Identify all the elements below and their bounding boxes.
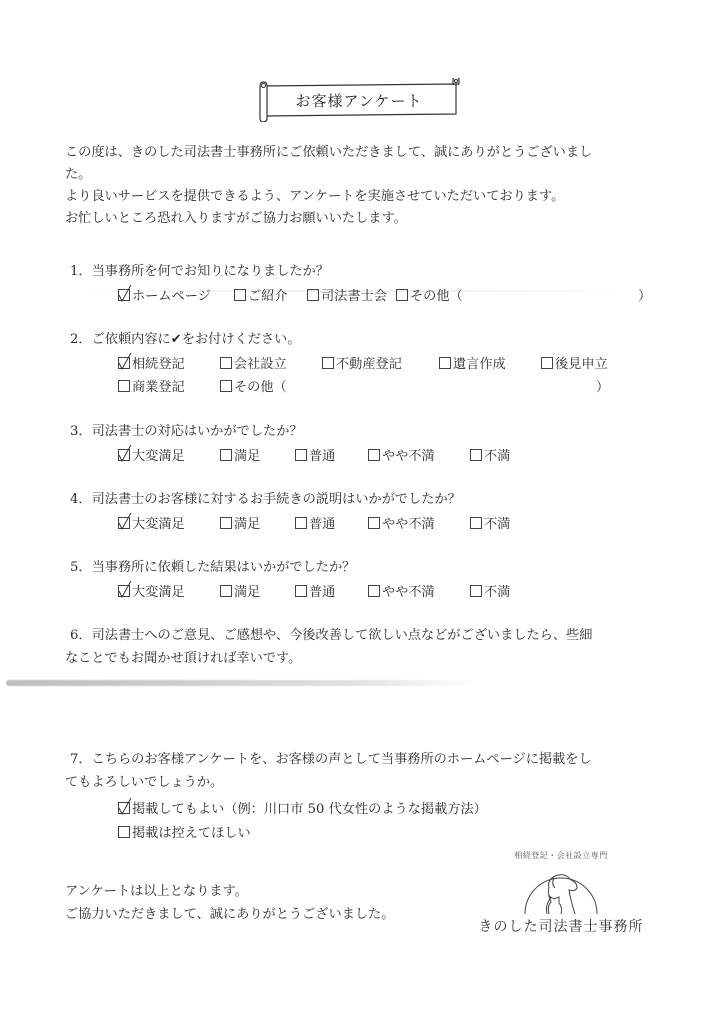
q1-option-homepage[interactable]: ホームページ [118, 285, 211, 304]
logo-office-name: きのした司法書士事務所 [476, 916, 646, 936]
option-label: その他（ [410, 289, 463, 304]
handwritten-check-icon [118, 284, 132, 302]
question-2-label: 2．ご依頼内容に✔をお付けください。 [70, 328, 300, 347]
q3-option-dissatisfied[interactable]: 不満 [470, 445, 510, 464]
q1-other-close-paren: ） [638, 285, 651, 304]
option-label: 普通 [309, 585, 335, 600]
option-label: 満足 [234, 449, 260, 464]
checkbox[interactable] [295, 449, 307, 461]
option-label: やや不満 [382, 449, 435, 464]
question-3-label: 3．司法書士の対応はいかがでしたか？ [70, 420, 303, 439]
handwritten-check-icon [118, 352, 132, 370]
q5-option-neutral[interactable]: 普通 [295, 581, 335, 600]
q2-option-commercial[interactable]: 商業登記 [118, 376, 185, 395]
checkbox-checked[interactable] [118, 585, 130, 597]
option-label: 商業登記 [132, 380, 185, 395]
checkbox[interactable] [220, 585, 232, 597]
intro-line-3: より良いサービスを提供できるよう、アンケートを実施させていただいております。 [65, 187, 564, 207]
q4-option-dissatisfied[interactable]: 不満 [470, 513, 510, 532]
option-label: 大変満足 [132, 449, 185, 464]
option-label: 後見申立 [555, 357, 608, 372]
torn-paper-edge [6, 680, 476, 686]
handwritten-check-icon [118, 580, 132, 598]
checkbox[interactable] [220, 380, 232, 392]
checkbox[interactable] [234, 289, 246, 301]
q4-option-somewhat-dissatisfied[interactable]: やや不満 [368, 513, 435, 532]
logo-tagline: 相続登記・会社設立専門 [476, 850, 646, 861]
q5-option-satisfied[interactable]: 満足 [220, 581, 260, 600]
option-label: ホームページ [132, 289, 211, 304]
checkbox[interactable] [368, 449, 380, 461]
option-label: やや不満 [382, 517, 435, 532]
question-5-label: 5．当事務所に依頼した結果はいかがでしたか？ [70, 556, 355, 575]
checkbox[interactable] [470, 585, 482, 597]
option-label: 満足 [234, 585, 260, 600]
q2-option-other[interactable]: その他（ [220, 376, 287, 395]
question-7-line-1: 7．こちらのお客様アンケートを、お客様の声として当事務所のホームページに掲載をし [70, 750, 592, 770]
q4-option-neutral[interactable]: 普通 [295, 513, 335, 532]
checkbox-checked[interactable] [118, 449, 130, 461]
q1-option-referral[interactable]: ご紹介 [234, 285, 288, 304]
question-4-label: 4．司法書士のお客様に対するお手続きの説明はいかがでしたか？ [70, 488, 461, 507]
handwritten-check-icon [118, 512, 132, 530]
page-title: お客様アンケート [256, 78, 462, 122]
option-label: 大変満足 [132, 517, 185, 532]
question-6-line-2: なことでもお聞かせ頂ければ幸いです。 [65, 649, 301, 669]
question-7-line-2: てもよろしいでしょうか。 [65, 773, 223, 793]
q3-option-satisfied[interactable]: 満足 [220, 445, 260, 464]
option-label: 大変満足 [132, 585, 185, 600]
q2-option-company[interactable]: 会社設立 [220, 353, 287, 372]
q3-option-very-satisfied[interactable]: 大変満足 [118, 445, 185, 464]
checkbox[interactable] [220, 517, 232, 529]
q5-option-dissatisfied[interactable]: 不満 [470, 581, 510, 600]
checkbox[interactable] [368, 585, 380, 597]
option-label: やや不満 [382, 585, 435, 600]
q3-option-neutral[interactable]: 普通 [295, 445, 335, 464]
q1-option-association[interactable]: 司法書士会 [307, 285, 387, 304]
q3-option-somewhat-dissatisfied[interactable]: やや不満 [368, 445, 435, 464]
checkbox[interactable] [307, 289, 319, 301]
closing-line-1: アンケートは以上となります。 [65, 882, 248, 902]
q2-option-inheritance[interactable]: 相続登記 [118, 353, 185, 372]
checkbox[interactable] [470, 517, 482, 529]
option-label: 不満 [484, 517, 510, 532]
checkbox-checked[interactable] [118, 517, 130, 529]
checkbox-checked[interactable] [118, 289, 130, 301]
intro-line-1: この度は、きのした司法書士事務所にご依頼いただきまして、誠にありがとうございまし [65, 143, 592, 163]
q5-option-somewhat-dissatisfied[interactable]: やや不満 [368, 581, 435, 600]
q4-option-very-satisfied[interactable]: 大変満足 [118, 513, 185, 532]
option-label: 会社設立 [234, 357, 287, 372]
q2-option-real-estate[interactable]: 不動産登記 [322, 353, 402, 372]
option-label: 普通 [309, 449, 335, 464]
checkbox[interactable] [295, 517, 307, 529]
option-label: 不満 [484, 449, 510, 464]
q2-option-will[interactable]: 遺言作成 [439, 353, 506, 372]
option-label: 不満 [484, 585, 510, 600]
intro-line-2: た。 [65, 165, 91, 185]
q2-option-guardianship[interactable]: 後見申立 [541, 353, 608, 372]
checkbox[interactable] [220, 449, 232, 461]
office-logo: 相続登記・会社設立専門 きのした司法書士事務所 [476, 850, 646, 940]
q7-option-decline[interactable]: 掲載は控えてほしい [118, 822, 251, 841]
checkbox[interactable] [322, 357, 334, 369]
title-banner: お客様アンケート [256, 78, 462, 122]
option-label: ご紹介 [248, 289, 288, 304]
handwritten-check-icon [118, 797, 132, 815]
option-label: 掲載してもよい（例：川口市 50 代女性のような掲載方法） [132, 802, 487, 817]
option-label: その他（ [234, 380, 287, 395]
option-label: 遺言作成 [453, 357, 506, 372]
option-label: 普通 [309, 517, 335, 532]
checkbox[interactable] [396, 289, 408, 301]
checkbox[interactable] [470, 449, 482, 461]
checkbox[interactable] [295, 585, 307, 597]
option-label: 司法書士会 [321, 289, 387, 304]
closing-line-2: ご協力いただきまして、誠にありがとうございました。 [65, 905, 394, 925]
option-label: 不動産登記 [336, 357, 402, 372]
checkbox[interactable] [118, 826, 130, 838]
q2-other-close-paren: ） [596, 376, 609, 395]
option-label: 相続登記 [132, 357, 185, 372]
checkbox[interactable] [541, 357, 553, 369]
checkbox[interactable] [439, 357, 451, 369]
checkbox-checked[interactable] [118, 802, 130, 814]
dog-and-cat-icon [521, 864, 601, 916]
q7-option-allow[interactable]: 掲載してもよい（例：川口市 50 代女性のような掲載方法） [118, 798, 487, 817]
question-1-label: 1．当事務所を何でお知りになりましたか？ [70, 260, 329, 279]
q5-option-very-satisfied[interactable]: 大変満足 [118, 581, 185, 600]
q1-option-other[interactable]: その他（ [396, 285, 463, 304]
handwritten-check-icon [118, 444, 132, 462]
checkbox[interactable] [368, 517, 380, 529]
checkbox[interactable] [220, 357, 232, 369]
option-label: 掲載は控えてほしい [132, 826, 251, 841]
q4-option-satisfied[interactable]: 満足 [220, 513, 260, 532]
checkbox-checked[interactable] [118, 357, 130, 369]
checkbox[interactable] [118, 380, 130, 392]
option-label: 満足 [234, 517, 260, 532]
question-6-line-1: 6．司法書士へのご意見、ご感想や、今後改善して欲しい点などがございましたら、些細 [70, 626, 592, 646]
intro-line-4: お忙しいところ恐れ入りますがご協力お願いいたします。 [65, 209, 407, 229]
